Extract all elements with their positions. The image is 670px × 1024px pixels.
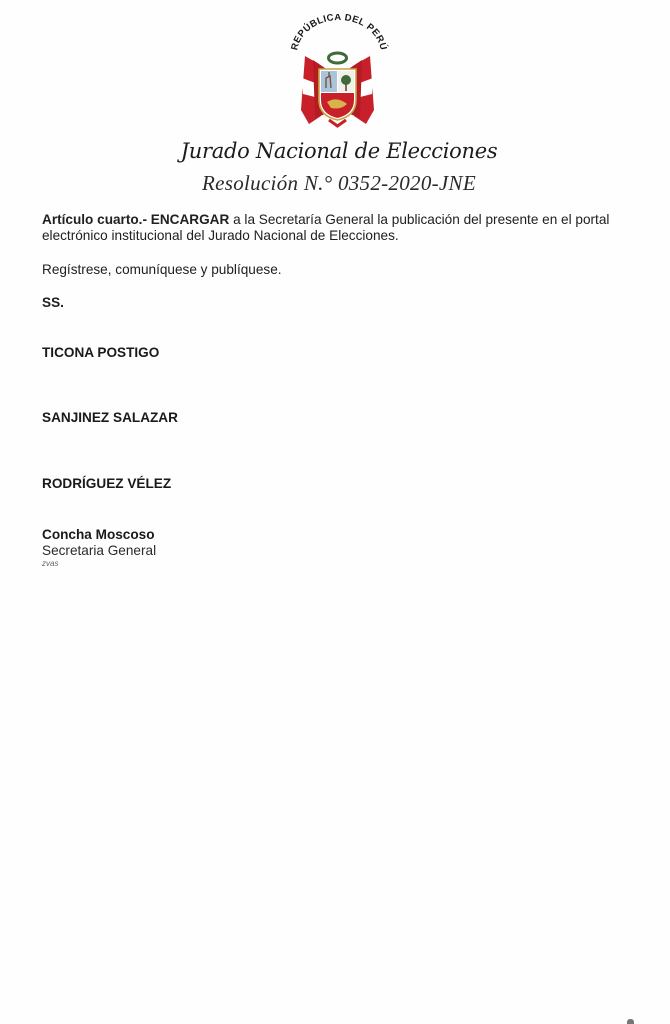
article-label: Artículo cuarto.- [42, 212, 147, 227]
signatory-name: TICONA POSTIGO [42, 345, 159, 360]
page-number-fragment [627, 1019, 634, 1024]
secretary-block: Concha Moscoso Secretaria General zvas [42, 527, 156, 569]
coat-of-arms-icon: REPÚBLICA DEL PERÚ [285, 14, 390, 132]
article-verb: ENCARGAR [151, 212, 230, 227]
document-page: REPÚBLICA DEL PERÚ Jurado Nacional [0, 0, 670, 1024]
signatory-name: SANJINEZ SALAZAR [42, 410, 178, 425]
crest-label: REPÚBLICA DEL PERÚ [289, 14, 390, 51]
resolution-number: Resolución N.° 0352-2020-JNE [0, 171, 670, 196]
signatory-name: RODRÍGUEZ VÉLEZ [42, 476, 171, 491]
secretary-name: Concha Moscoso [42, 527, 156, 543]
closing-formula: Regístrese, comuníquese y publíquese. [42, 262, 652, 278]
typist-initials: zvas [42, 559, 156, 569]
svg-text:REPÚBLICA DEL PERÚ: REPÚBLICA DEL PERÚ [289, 14, 390, 51]
article-paragraph: Artículo cuarto.- ENCARGAR a la Secretar… [42, 212, 652, 244]
ss-label: SS. [42, 295, 652, 311]
secretary-role: Secretaria General [42, 543, 156, 559]
institution-name: Jurado Nacional de Elecciones [0, 139, 670, 163]
